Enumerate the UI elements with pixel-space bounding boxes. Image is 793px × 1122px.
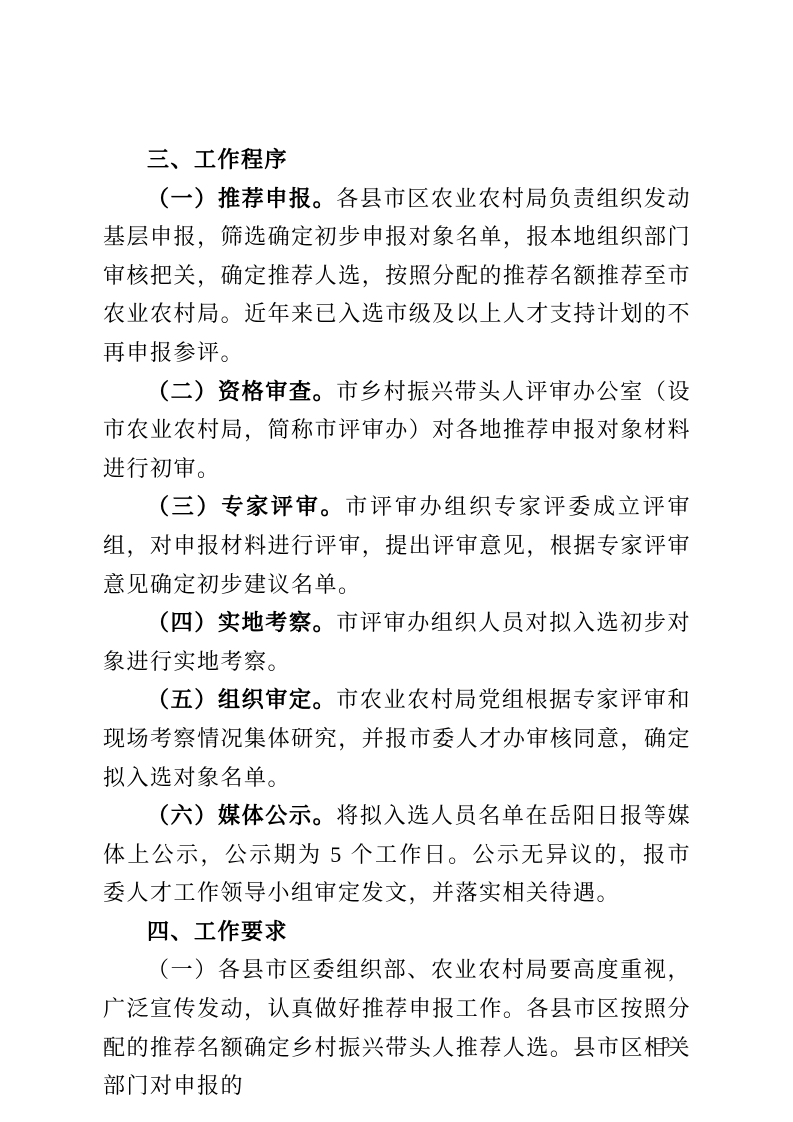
- paragraph-lead: （三）专家评审。: [147, 494, 345, 519]
- paragraph-lead: （一）推荐申报。: [147, 186, 336, 211]
- paragraph-lead: （四）实地考察。: [147, 610, 336, 635]
- paragraph-text: （一）各县市区委组织部、农业农村局要高度重视，广泛宣传发动，认真做好推荐申报工作…: [103, 957, 691, 1098]
- paragraph-lead: （六）媒体公示。: [147, 803, 336, 828]
- paragraph-lead: （五）组织审定。: [147, 687, 336, 712]
- paragraph: （一）推荐申报。各县市区农业农村局负责组织发动基层申报，筛选确定初步申报对象名单…: [103, 180, 691, 373]
- page-number: - 3 -: [646, 1031, 689, 1055]
- section-heading: 三、工作程序: [103, 141, 691, 180]
- paragraph: （四）实地考察。市评审办组织人员对拟入选初步对象进行实地考察。: [103, 604, 691, 681]
- section-heading: 四、工作要求: [103, 913, 691, 952]
- paragraph-lead: （二）资格审查。: [147, 379, 336, 404]
- paragraph: （六）媒体公示。将拟入选人员名单在岳阳日报等媒体上公示，公示期为 5 个工作日。…: [103, 797, 691, 913]
- document-page: 三、工作程序（一）推荐申报。各县市区农业农村局负责组织发动基层申报，筛选确定初步…: [0, 0, 793, 1122]
- paragraph: （五）组织审定。市农业农村局党组根据专家评审和现场考察情况集体研究，并报市委人才…: [103, 681, 691, 797]
- paragraph: （一）各县市区委组织部、农业农村局要高度重视，广泛宣传发动，认真做好推荐申报工作…: [103, 951, 691, 1105]
- paragraph: （二）资格审查。市乡村振兴带头人评审办公室（设市农业农村局，简称市评审办）对各地…: [103, 373, 691, 489]
- paragraph-text: 各县市区农业农村局负责组织发动基层申报，筛选确定初步申报对象名单，报本地组织部门…: [103, 186, 691, 365]
- document-body: 三、工作程序（一）推荐申报。各县市区农业农村局负责组织发动基层申报，筛选确定初步…: [103, 141, 691, 1106]
- paragraph: （三）专家评审。市评审办组织专家评委成立评审组，对申报材料进行评审，提出评审意见…: [103, 488, 691, 604]
